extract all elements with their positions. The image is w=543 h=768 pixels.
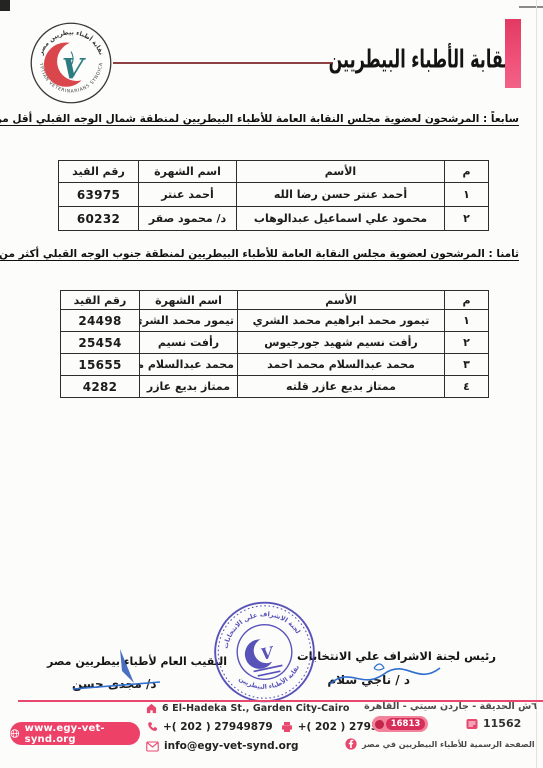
cell-name: رأفت نسيم شهيد جورجيوس bbox=[238, 332, 445, 354]
section-7-heading: سابعاً : المرشحون لعضوية مجلس النقابة ال… bbox=[0, 113, 519, 125]
cell-reg-no: 15655 bbox=[61, 354, 140, 376]
address-row: 6 El-Hadeka St., Garden City-Cairo bbox=[146, 703, 350, 714]
col-header-known-as: اسم الشهرة bbox=[140, 291, 238, 310]
phone-number: +( 202 ) 27949879 bbox=[163, 721, 273, 733]
signature-left-handwriting bbox=[48, 645, 208, 695]
envelope-icon bbox=[146, 741, 159, 752]
cell-reg-no: 60232 bbox=[59, 207, 139, 231]
cell-reg-no: 25454 bbox=[61, 332, 140, 354]
table-header-row: م الأسم اسم الشهرة رقم القيد bbox=[59, 161, 489, 183]
hotline-badge: 16813 bbox=[372, 716, 428, 732]
section-8-heading: ثامنا : المرشحون لعضوية مجلس النقابة الع… bbox=[0, 248, 519, 260]
cell-index: ٢ bbox=[445, 332, 489, 354]
table-row: ٢ محمود علي اسماعيل عبدالوهاب د/ محمود ص… bbox=[59, 207, 489, 231]
table-row: ٢ رأفت نسيم شهيد جورجيوس رأفت نسيم 25454 bbox=[61, 332, 489, 354]
house-icon bbox=[146, 703, 157, 714]
candidates-table-south: م الأسم اسم الشهرة رقم القيد ١ تيمور محم… bbox=[60, 290, 489, 398]
hotline-number: 16813 bbox=[386, 718, 425, 730]
facebook-row: الصفحة الرسمية للأطباء البيطريين في مصر bbox=[345, 738, 535, 750]
cell-reg-no: 63975 bbox=[59, 183, 139, 207]
syndicate-seal-logo: نقابة أطباء بيطريين مصر EGYPTIAN VETERIN… bbox=[30, 22, 112, 104]
scanned-document-page: نقابة أطباء بيطريين مصر EGYPTIAN VETERIN… bbox=[0, 0, 543, 768]
cell-name: ممتاز بديع عازر قلته bbox=[238, 376, 445, 398]
website-url: www.egy-vet-synd.org bbox=[25, 723, 140, 745]
col-header-index: م bbox=[445, 161, 489, 183]
org-title-calligraphy: نقابة الأطباء البيطريين bbox=[328, 44, 510, 73]
table-row: ١ تيمور محمد ابراهيم محمد الشري تيمور مح… bbox=[61, 310, 489, 332]
cell-index: ٣ bbox=[445, 354, 489, 376]
email-row: info@egy-vet-synd.org bbox=[146, 740, 299, 752]
cell-index: ٤ bbox=[445, 376, 489, 398]
hotline-phone-icon bbox=[375, 720, 384, 729]
cell-index: ٢ bbox=[445, 207, 489, 231]
facebook-icon bbox=[345, 738, 357, 750]
cell-index: ١ bbox=[445, 183, 489, 207]
cell-name: أحمد عنتر حسن رضا الله bbox=[237, 183, 445, 207]
globe-icon bbox=[10, 728, 20, 739]
scan-top-right-artifact bbox=[519, 6, 543, 8]
cell-name: تيمور محمد ابراهيم محمد الشري bbox=[238, 310, 445, 332]
postal-code: 11562 bbox=[483, 717, 521, 730]
cell-known-as: ممتاز بديع عازر bbox=[140, 376, 238, 398]
address-en-text: 6 El-Hadeka St., Garden City-Cairo bbox=[162, 703, 350, 714]
scan-edge-line bbox=[536, 0, 537, 768]
col-header-name: الأسم bbox=[238, 291, 445, 310]
fax-icon bbox=[281, 721, 293, 733]
website-badge: www.egy-vet-synd.org bbox=[10, 722, 140, 745]
table-row: ١ أحمد عنتر حسن رضا الله أحمد عنتر 63975 bbox=[59, 183, 489, 207]
postal-code-row: 11562 bbox=[466, 717, 521, 730]
cell-name: محمود علي اسماعيل عبدالوهاب bbox=[237, 207, 445, 231]
scan-corner-artifact bbox=[0, 0, 10, 11]
candidates-table-north: م الأسم اسم الشهرة رقم القيد ١ أحمد عنتر… bbox=[58, 160, 489, 231]
signature-right-handwriting bbox=[322, 656, 447, 696]
postal-box-icon bbox=[466, 718, 478, 730]
cell-known-as: أحمد عنتر bbox=[139, 183, 237, 207]
cell-name: محمد عبدالسلام محمد احمد bbox=[238, 354, 445, 376]
col-header-reg-no: رقم القيد bbox=[59, 161, 139, 183]
official-stamp: لجنة الاشراف علي الانتخابات نقابة الأطبا… bbox=[212, 597, 317, 707]
cell-reg-no: 4282 bbox=[61, 376, 140, 398]
cell-known-as: محمد عبدالسلام محمد bbox=[140, 354, 238, 376]
col-header-reg-no: رقم القيد bbox=[61, 291, 140, 310]
address-ar-text: ٦ش الحديقة - جاردن سيتي - القاهرة bbox=[364, 701, 537, 712]
table-row: ٣ محمد عبدالسلام محمد احمد محمد عبدالسلا… bbox=[61, 354, 489, 376]
col-header-name: الأسم bbox=[237, 161, 445, 183]
table-header-row: م الأسم اسم الشهرة رقم القيد bbox=[61, 291, 489, 310]
logo-v-monogram: V bbox=[62, 53, 86, 86]
cell-reg-no: 24498 bbox=[61, 310, 140, 332]
col-header-known-as: اسم الشهرة bbox=[139, 161, 237, 183]
phone-fax-row: +( 202 ) 27949879 +( 202 ) 27957280 bbox=[146, 721, 407, 733]
cell-known-as: رأفت نسيم bbox=[140, 332, 238, 354]
phone-icon bbox=[146, 721, 158, 733]
cell-known-as: تيمور محمد الشري bbox=[140, 310, 238, 332]
table-row: ٤ ممتاز بديع عازر قلته ممتاز بديع عازر 4… bbox=[61, 376, 489, 398]
facebook-page-text: الصفحة الرسمية للأطباء البيطريين في مصر bbox=[362, 740, 535, 749]
col-header-index: م bbox=[445, 291, 489, 310]
accent-bar bbox=[505, 19, 521, 88]
cell-known-as: د/ محمود صقر bbox=[139, 207, 237, 231]
header-divider bbox=[113, 62, 333, 64]
cell-index: ١ bbox=[445, 310, 489, 332]
email-address: info@egy-vet-synd.org bbox=[164, 740, 299, 752]
